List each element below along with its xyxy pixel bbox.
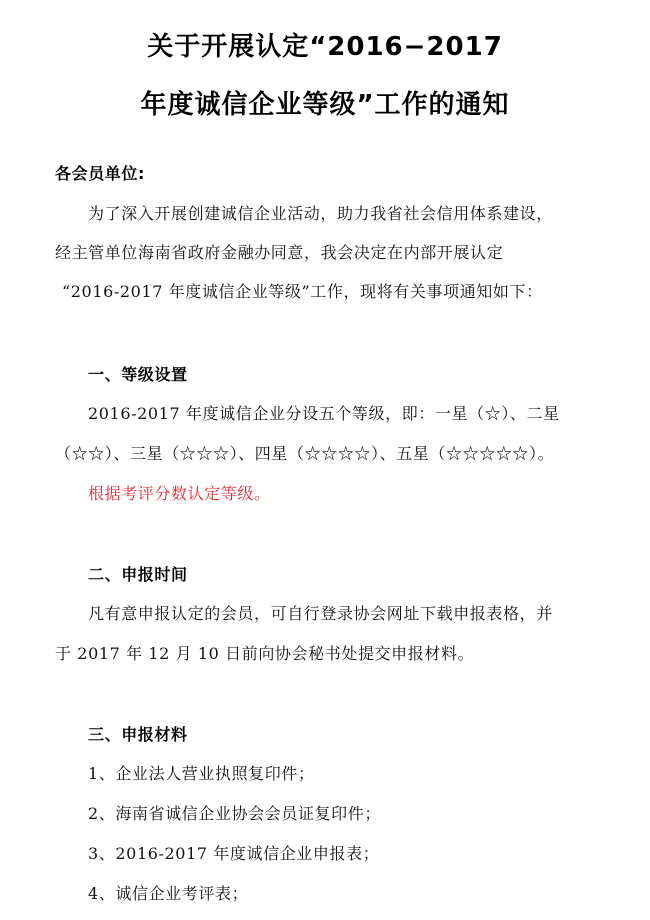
document-page: 关于开展认定“2016−2017 年度诚信企业等级”工作的通知 各会员单位: 为… xyxy=(0,0,650,920)
intro-line-2: 经主管单位海南省政府金融办同意，我会决定在内部开展认定 xyxy=(55,242,503,264)
section-heading-application-materials: 三、申报材料 xyxy=(88,724,188,746)
section-2-line-1: 凡有意申报认定的会员，可自行登录协会网址下载申报表格，并 xyxy=(88,603,553,625)
materials-item-2: 2、海南省诚信企业协会会员证复印件； xyxy=(88,803,381,825)
materials-item-4: 4、诚信企业考评表； xyxy=(88,883,248,905)
section-1-line-1: 2016-2017 年度诚信企业分设五个等级，即：一星（☆）、二星 xyxy=(88,403,560,425)
section-1-line-2: （☆☆）、三星（☆☆☆）、四星（☆☆☆☆）、五星（☆☆☆☆☆）。 xyxy=(55,443,554,465)
materials-item-1: 1、企业法人营业执照复印件； xyxy=(88,763,315,785)
salutation: 各会员单位: xyxy=(55,163,145,185)
materials-item-3: 3、2016-2017 年度诚信企业申报表； xyxy=(88,843,379,865)
document-title-line-1: 关于开展认定“2016−2017 xyxy=(0,26,650,63)
document-title-line-2: 年度诚信企业等级”工作的通知 xyxy=(0,84,650,121)
section-1-note: 根据考评分数认定等级。 xyxy=(88,483,271,505)
section-heading-application-time: 二、申报时间 xyxy=(88,564,188,586)
section-2-line-2: 于 2017 年 12 月 10 日前向协会秘书处提交申报材料。 xyxy=(55,643,474,665)
section-heading-grade-setting: 一、等级设置 xyxy=(88,364,188,386)
intro-line-1: 为了深入开展创建诚信企业活动，助力我省社会信用体系建设， xyxy=(88,203,553,225)
intro-line-3: “2016-2017 年度诚信企业等级”工作，现将有关事项通知如下： xyxy=(62,281,543,303)
